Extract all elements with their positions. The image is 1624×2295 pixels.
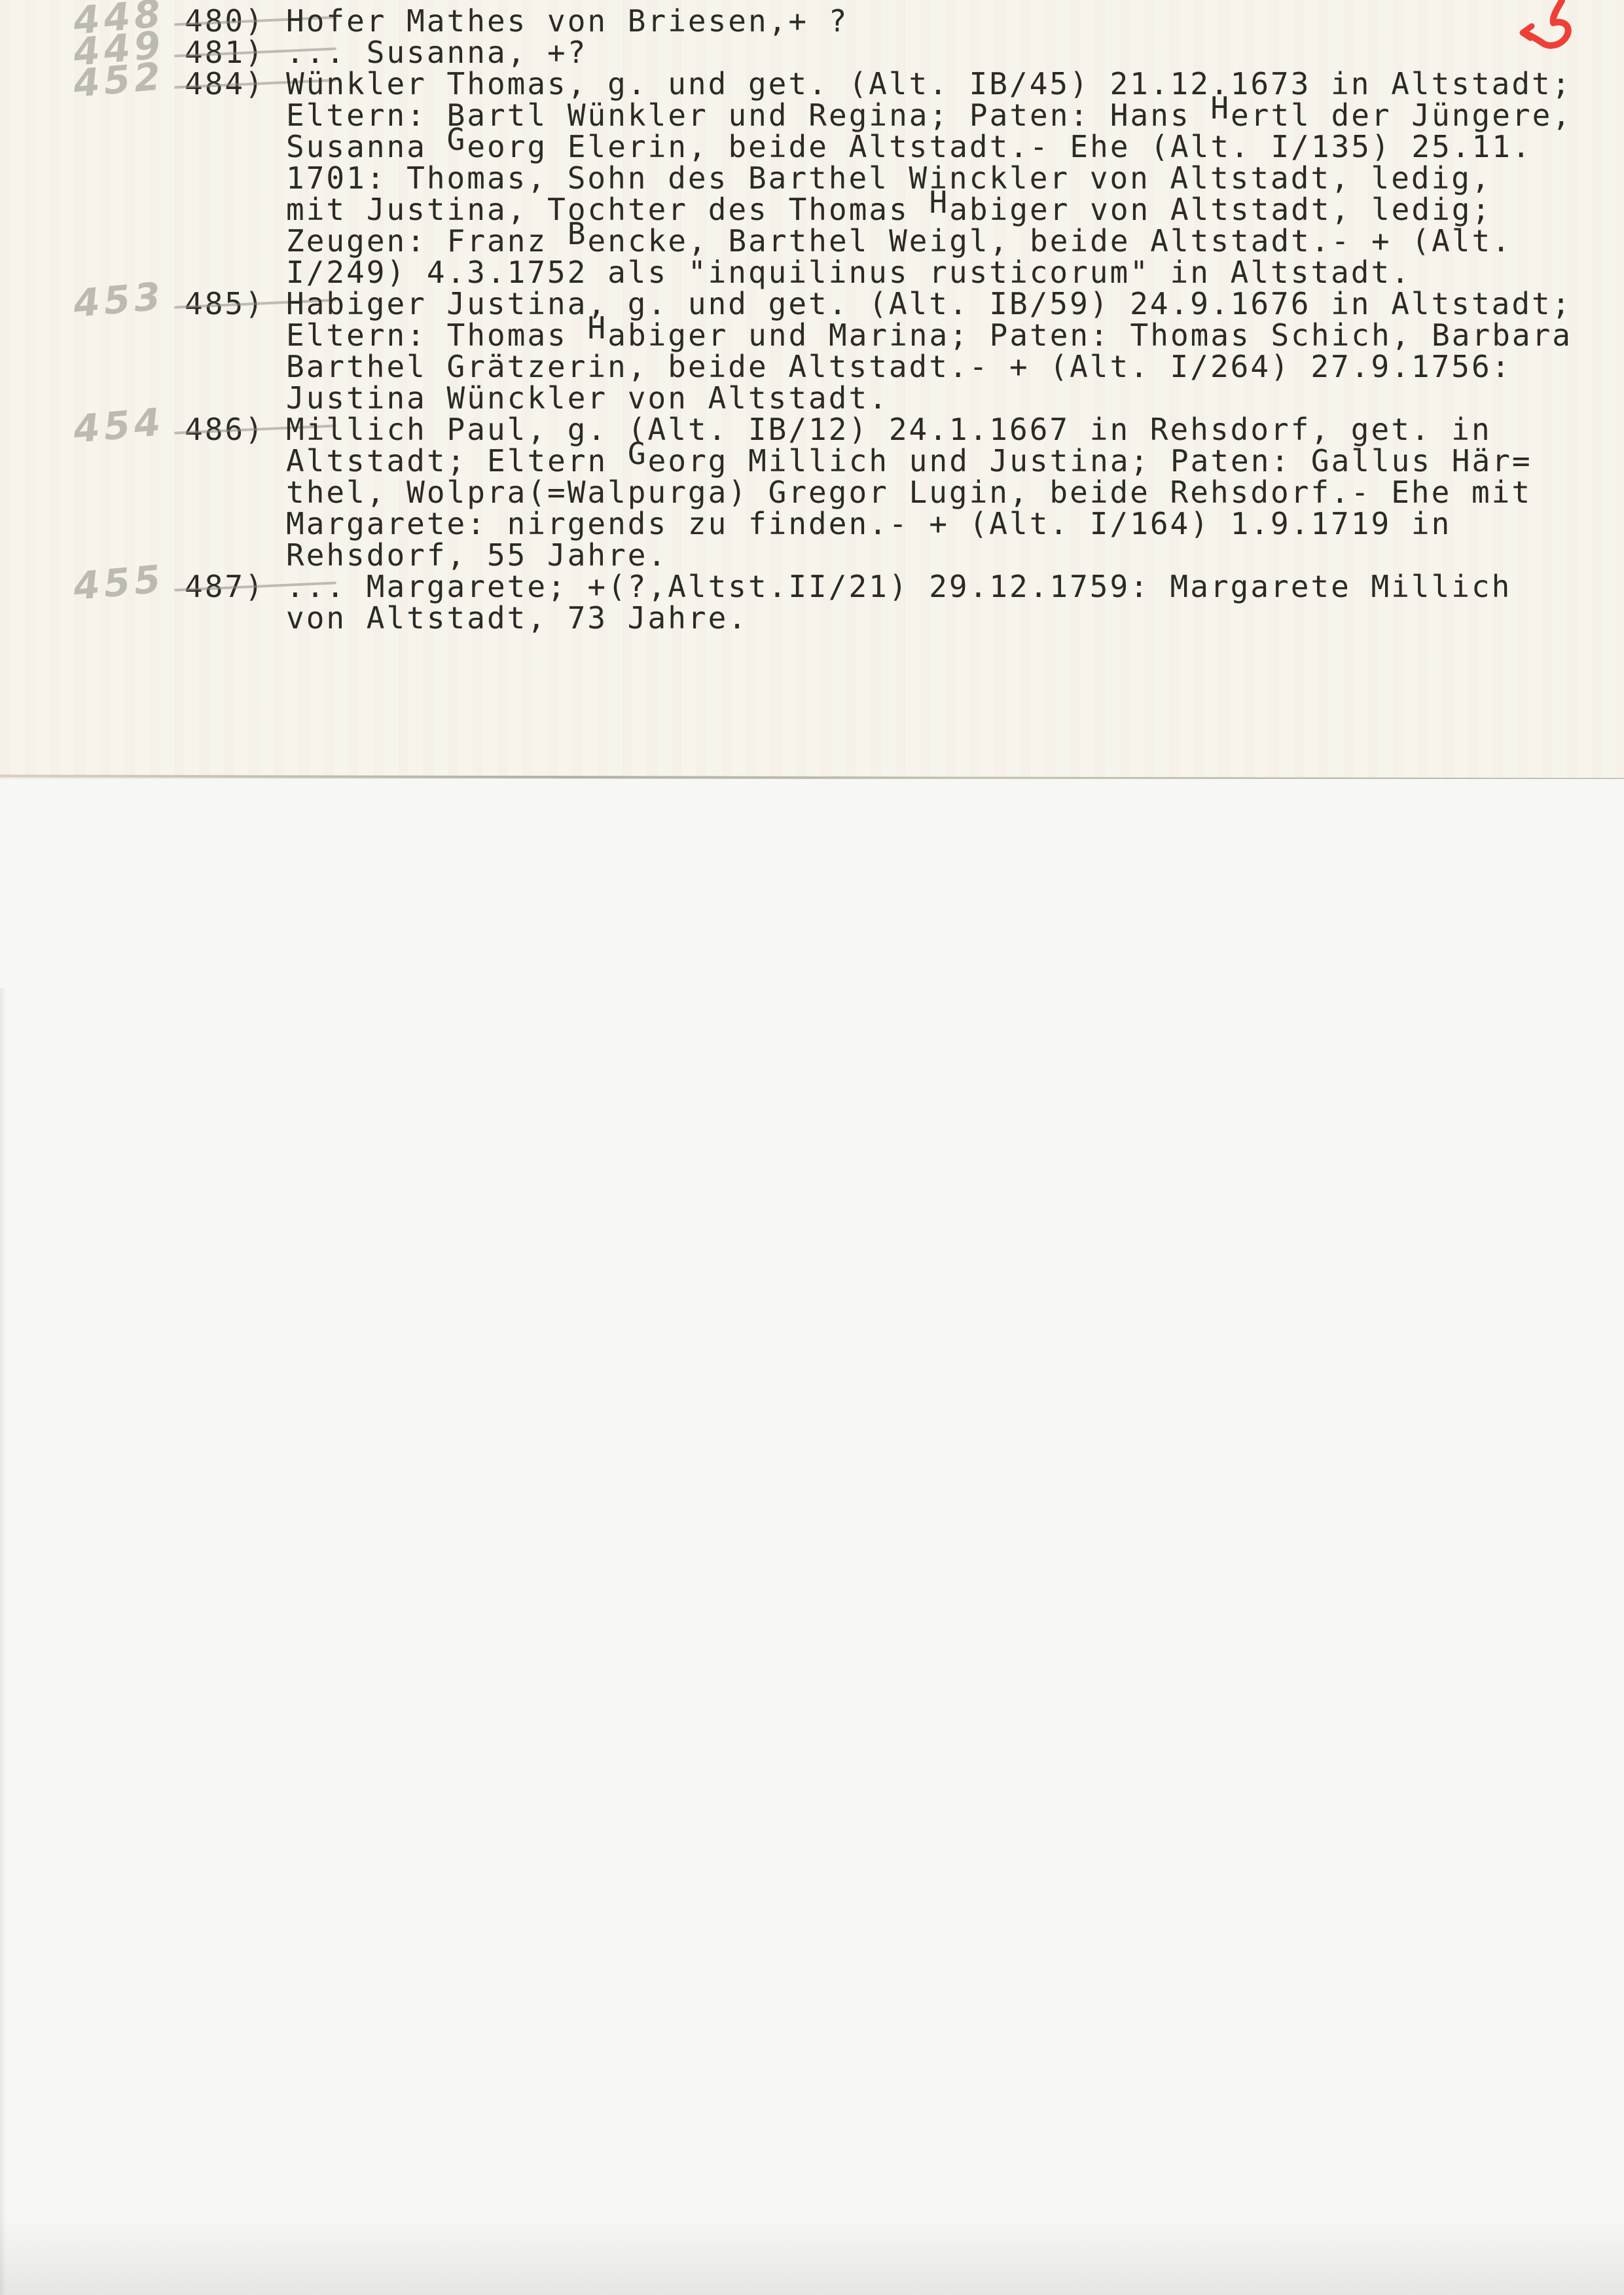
document-line: Eltern: Thomas Habiger und Marina; Paten… (0, 319, 1624, 351)
entry-text: ... Margarete; +(?,Altst.II/21) 29.12.17… (286, 571, 1511, 602)
handwritten-renumber: 452 (72, 60, 166, 99)
document-line: 449481)... Susanna, +? (0, 37, 1624, 68)
bottom-scan-shadow (0, 2216, 1624, 2295)
document-line: Barthel Grätzerin, beide Altstadt.- + (A… (0, 351, 1624, 382)
document-line: mit Justina, Tochter des Thomas Habiger … (0, 194, 1624, 225)
document-line: Altstadt; Eltern Georg Millich und Justi… (0, 445, 1624, 477)
left-edge-shadow (0, 988, 7, 2295)
document-line: Zeugen: Franz Bencke, Barthel Weigl, bei… (0, 225, 1624, 257)
top-sheet: 448480)Hofer Mathes von Briesen,+ ?44948… (0, 0, 1624, 778)
entry-text: mit Justina, Tochter des Thomas Habiger … (286, 194, 1492, 225)
document-line: 453485)Habiger Justina, g. und get. (Alt… (0, 288, 1624, 319)
document-line: 452484)Wünkler Thomas, g. und get. (Alt.… (0, 68, 1624, 99)
entry-text: I/249) 4.3.1752 als "inquilinus rusticor… (286, 257, 1411, 288)
handwritten-renumber: 455 (72, 563, 166, 602)
handwritten-renumber: 454 (72, 406, 166, 445)
entry-text: Hofer Mathes von Briesen,+ ? (286, 5, 848, 37)
entry-text: Wünkler Thomas, g. und get. (Alt. IB/45)… (286, 68, 1572, 99)
entry-text: 1701: Thomas, Sohn des Barthel Winckler … (286, 162, 1492, 194)
document-line: Rehsdorf, 55 Jahre. (0, 539, 1624, 571)
document-line: Susanna Georg Elerin, beide Altstadt.- E… (0, 131, 1624, 162)
entry-text: Habiger Justina, g. und get. (Alt. IB/59… (286, 288, 1572, 319)
entry-text: Altstadt; Eltern Georg Millich und Justi… (286, 445, 1532, 477)
handwritten-renumber: 453 (72, 280, 166, 319)
document-line: I/249) 4.3.1752 als "inquilinus rusticor… (0, 257, 1624, 288)
entry-text: Susanna Georg Elerin, beide Altstadt.- E… (286, 131, 1532, 162)
document-line: Justina Wünckler von Altstadt. (0, 382, 1624, 414)
entry-text: thel, Wolpra(=Walpurga) Gregor Lugin, be… (286, 477, 1532, 508)
document-line: Eltern: Bartl Wünkler und Regina; Paten:… (0, 99, 1624, 131)
document-line: 455487)... Margarete; +(?,Altst.II/21) 2… (0, 571, 1624, 602)
bottom-sheet (0, 779, 1624, 2295)
document-line: thel, Wolpra(=Walpurga) Gregor Lugin, be… (0, 477, 1624, 508)
entry-text: Margarete: nirgends zu finden.- + (Alt. … (286, 508, 1451, 539)
entry-text: Rehsdorf, 55 Jahre. (286, 539, 668, 571)
document-line: 1701: Thomas, Sohn des Barthel Winckler … (0, 162, 1624, 194)
red-page-number-mark (1513, 0, 1579, 62)
typed-lines: 448480)Hofer Mathes von Briesen,+ ?44948… (0, 0, 1624, 778)
entry-text: Zeugen: Franz Bencke, Barthel Weigl, bei… (286, 225, 1512, 257)
entry-text: Barthel Grätzerin, beide Altstadt.- + (A… (286, 351, 1511, 382)
document-line: 454486)Millich Paul, g. (Alt. IB/12) 24.… (0, 414, 1624, 445)
entry-text: Eltern: Thomas Habiger und Marina; Paten… (286, 319, 1572, 351)
entry-text: von Altstadt, 73 Jahre. (286, 602, 748, 634)
scanned-page: 448480)Hofer Mathes von Briesen,+ ?44948… (0, 0, 1624, 2295)
entry-text: Millich Paul, g. (Alt. IB/12) 24.1.1667 … (286, 414, 1492, 445)
entry-text: Eltern: Bartl Wünkler und Regina; Paten:… (286, 99, 1572, 131)
entry-text: Justina Wünckler von Altstadt. (286, 382, 889, 414)
document-line: 448480)Hofer Mathes von Briesen,+ ? (0, 5, 1624, 37)
document-line: Margarete: nirgends zu finden.- + (Alt. … (0, 508, 1624, 539)
entry-text: ... Susanna, +? (286, 37, 587, 68)
document-line: von Altstadt, 73 Jahre. (0, 602, 1624, 634)
